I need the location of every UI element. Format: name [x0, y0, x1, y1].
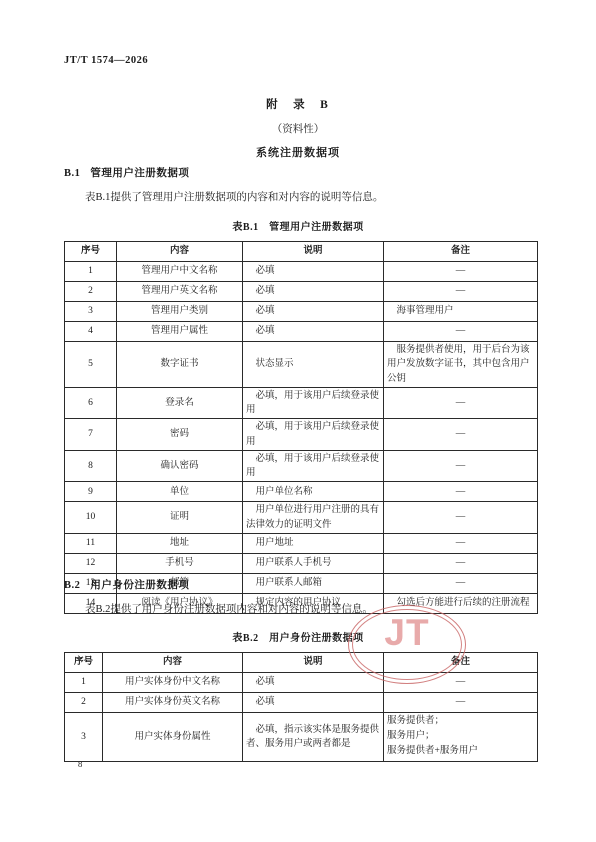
appendix-name: 系统注册数据项	[0, 144, 596, 160]
column-header: 备注	[384, 653, 538, 673]
table-cell: —	[384, 533, 538, 553]
table-cell: —	[384, 553, 538, 573]
table-cell: —	[384, 482, 538, 502]
table-cell: 5	[65, 342, 117, 388]
table-cell: 必填	[243, 673, 384, 693]
table-cell: 7	[65, 419, 117, 451]
table-cell: 必填，指示该实体是服务提供者、服务用户或两者都是	[243, 713, 384, 762]
section-intro-b2: 表B.2提供了用户身份注册数据项内容和对内容的说明等信息。	[64, 601, 537, 616]
table-row: 4管理用户属性必填—	[65, 322, 538, 342]
table-cell: 地址	[117, 533, 243, 553]
table-cell: 手机号	[117, 553, 243, 573]
column-header: 备注	[384, 242, 538, 262]
table-cell: —	[384, 502, 538, 534]
table-header-row: 序号内容说明备注	[65, 242, 538, 262]
table-cell: 必填	[243, 693, 384, 713]
table-b2: 序号内容说明备注1用户实体身份中文名称必填—2用户实体身份英文名称必填—3用户实…	[64, 652, 538, 762]
table-cell: —	[384, 450, 538, 482]
table-cell: 必填	[243, 302, 384, 322]
table-cell: 用户联系人邮箱	[243, 573, 384, 593]
section-heading-b2: B.2用户身份注册数据项	[64, 577, 189, 592]
table-cell: —	[384, 573, 538, 593]
table-row: 9单位用户单位名称—	[65, 482, 538, 502]
table-cell: 单位	[117, 482, 243, 502]
table-row: 3用户实体身份属性必填，指示该实体是服务提供者、服务用户或两者都是服务提供者； …	[65, 713, 538, 762]
table-cell: 必填，用于该用户后续登录使用	[243, 450, 384, 482]
table-row: 12手机号用户联系人手机号—	[65, 553, 538, 573]
table-row: 2用户实体身份英文名称必填—	[65, 693, 538, 713]
table-cell: 必填，用于该用户后续登录使用	[243, 387, 384, 419]
section-heading-b1: B.1管理用户注册数据项	[64, 165, 189, 180]
table-cell: 必填，用于该用户后续登录使用	[243, 419, 384, 451]
table-cell: 管理用户属性	[117, 322, 243, 342]
appendix-title: 附 录 B	[0, 96, 596, 112]
column-header: 序号	[65, 242, 117, 262]
table-cell: 用户单位名称	[243, 482, 384, 502]
appendix-title-block: 附 录 B （资料性） 系统注册数据项	[0, 96, 596, 160]
column-header: 内容	[117, 242, 243, 262]
table-row: 6登录名必填，用于该用户后续登录使用—	[65, 387, 538, 419]
table-cell: 海事管理用户	[384, 302, 538, 322]
table-cell: 数字证书	[117, 342, 243, 388]
section-number: B.1	[64, 168, 80, 179]
table-cell: 必填	[243, 322, 384, 342]
table-row: 5数字证书状态显示服务提供者使用，用于后台为该用户发放数字证书，其中包含用户公钥	[65, 342, 538, 388]
table-cell: 确认密码	[117, 450, 243, 482]
section-title: 用户身份注册数据项	[90, 580, 189, 591]
appendix-subtitle: （资料性）	[0, 121, 596, 136]
table-caption-b2: 表B.2 用户身份注册数据项	[0, 629, 596, 644]
table-row: 10证明用户单位进行用户注册的具有法律效力的证明文件—	[65, 502, 538, 534]
table-cell: 用户联系人手机号	[243, 553, 384, 573]
page-number: 8	[78, 759, 82, 769]
standard-number: JT/T 1574—2026	[64, 55, 148, 66]
table-cell: —	[384, 387, 538, 419]
column-header: 说明	[243, 242, 384, 262]
table-cell: 必填	[243, 282, 384, 302]
table-row: 2管理用户英文名称必填—	[65, 282, 538, 302]
table-cell: 用户地址	[243, 533, 384, 553]
table-cell: 服务提供者使用，用于后台为该用户发放数字证书，其中包含用户公钥	[384, 342, 538, 388]
table-row: 7密码必填，用于该用户后续登录使用—	[65, 419, 538, 451]
table-cell: 服务提供者； 服务用户； 服务提供者+服务用户	[384, 713, 538, 762]
table-cell: 2	[65, 693, 103, 713]
column-header: 内容	[103, 653, 243, 673]
table-cell: 管理用户中文名称	[117, 262, 243, 282]
section-number: B.2	[64, 580, 80, 591]
table-cell: 6	[65, 387, 117, 419]
table-cell: 3	[65, 713, 103, 762]
section-intro-b1: 表B.1提供了管理用户注册数据项的内容和对内容的说明等信息。	[64, 189, 537, 204]
table-row: 1用户实体身份中文名称必填—	[65, 673, 538, 693]
table-header-row: 序号内容说明备注	[65, 653, 538, 673]
table-cell: 管理用户英文名称	[117, 282, 243, 302]
table-cell: 10	[65, 502, 117, 534]
table-b1: 序号内容说明备注1管理用户中文名称必填—2管理用户英文名称必填—3管理用户类别必…	[64, 241, 538, 614]
table-cell: 用户实体身份英文名称	[103, 693, 243, 713]
table-cell: 9	[65, 482, 117, 502]
table-cell: —	[384, 419, 538, 451]
table-cell: 2	[65, 282, 117, 302]
table-cell: —	[384, 693, 538, 713]
table-cell: —	[384, 673, 538, 693]
table-cell: 登录名	[117, 387, 243, 419]
table-cell: —	[384, 282, 538, 302]
table-caption-b1: 表B.1 管理用户注册数据项	[0, 218, 596, 233]
table-row: 8确认密码必填，用于该用户后续登录使用—	[65, 450, 538, 482]
section-title: 管理用户注册数据项	[90, 168, 189, 179]
table-cell: 1	[65, 262, 117, 282]
document-page: JT/T 1574—2026 附 录 B （资料性） 系统注册数据项 B.1管理…	[0, 0, 596, 842]
table-row: 11地址用户地址—	[65, 533, 538, 553]
table-cell: —	[384, 262, 538, 282]
table-cell: 证明	[117, 502, 243, 534]
table-row: 3管理用户类别必填海事管理用户	[65, 302, 538, 322]
table-cell: 密码	[117, 419, 243, 451]
table-cell: 用户单位进行用户注册的具有法律效力的证明文件	[243, 502, 384, 534]
table-cell: —	[384, 322, 538, 342]
table-cell: 11	[65, 533, 117, 553]
table-cell: 4	[65, 322, 117, 342]
table-cell: 必填	[243, 262, 384, 282]
table-cell: 3	[65, 302, 117, 322]
table-cell: 12	[65, 553, 117, 573]
table-cell: 8	[65, 450, 117, 482]
table-cell: 1	[65, 673, 103, 693]
table-cell: 用户实体身份属性	[103, 713, 243, 762]
column-header: 说明	[243, 653, 384, 673]
column-header: 序号	[65, 653, 103, 673]
table-cell: 状态显示	[243, 342, 384, 388]
table-cell: 用户实体身份中文名称	[103, 673, 243, 693]
table-cell: 管理用户类别	[117, 302, 243, 322]
table-row: 1管理用户中文名称必填—	[65, 262, 538, 282]
